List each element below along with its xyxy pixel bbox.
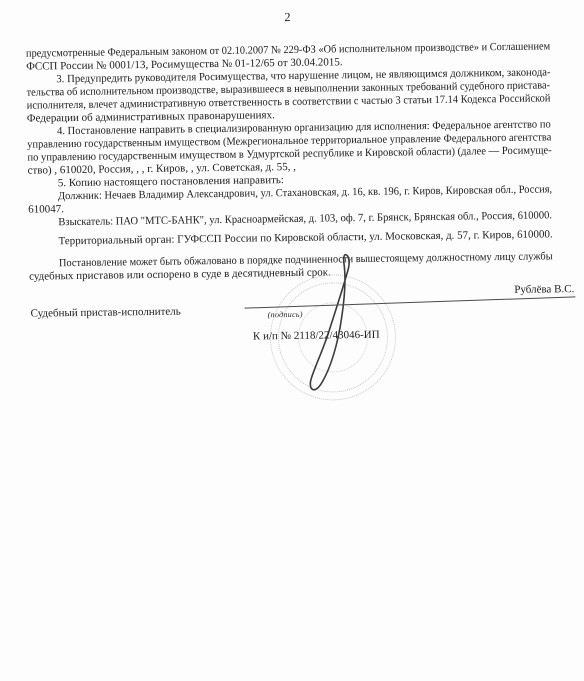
document-body: предусмотренные Федеральным законом от 0… [26,40,553,283]
bailiff-title: Судебный пристав-исполнитель [31,306,181,320]
scan-content: 2 предусмотренные Федеральным законом от… [0,0,584,681]
handwritten-signature [287,251,373,398]
signer-name: Рублёва В.С. [514,283,574,296]
case-number: К и/п № 2118/22/43046-ИП [253,329,380,343]
doc-line: Территориальный орган: ГУФССП России по … [29,228,553,248]
signature-caption: (подпись) [268,310,303,319]
scanned-document-page: 2 предусмотренные Федеральным законом от… [0,0,584,681]
page-number: 2 [0,6,580,29]
